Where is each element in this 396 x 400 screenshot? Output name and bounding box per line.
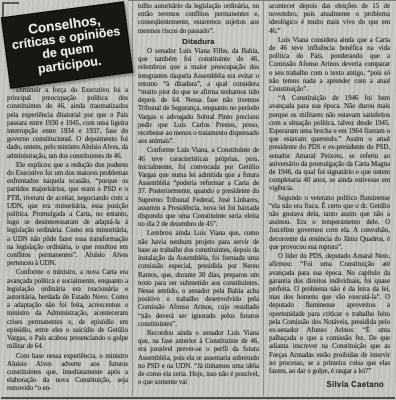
article-column-left-content: Diminuir a força do Executivo foi a prin…	[7, 87, 128, 394]
article-column-middle: tulho autoritário da legislação ordinári…	[132, 1, 263, 396]
article-paragraph: Segundo o veterano político fluminense “…	[269, 195, 390, 252]
article-paragraph: “A Constituição de 1946 foi bem avançada…	[269, 95, 390, 193]
article-paragraph: Com base nessa experiência, o ministro A…	[7, 353, 128, 394]
article-continuation: tulho autoritário da legislação ordinári…	[138, 3, 259, 36]
article-paragraph: Lembrou ainda Luís Viana que, como não h…	[138, 230, 259, 328]
article-paragraph: Diminuir a força do Executivo foi a prin…	[7, 87, 128, 161]
article-paragraph: O líder do PDS, deputado Amaral Neto, af…	[269, 253, 390, 376]
article-paragraph: O senador Luís Viana Filho, da Bahia, qu…	[138, 48, 259, 146]
article-continuation: acontecer depois das eleições de 15 de n…	[269, 3, 390, 36]
newspaper-clipping: Conselhos, críticas e opiniões de quem p…	[0, 0, 396, 400]
article-paragraph: Ele explicou que a redução dos poderes d…	[7, 162, 128, 269]
article-paragraph: Luís Viana considera ainda que a Carta d…	[269, 37, 390, 94]
article-paragraph: Conforme Luís Viana, a Constituinte de 4…	[138, 147, 259, 229]
article-paragraph: Recordou ainda o senador Luís Viana que,…	[138, 330, 259, 387]
author-byline: Silvia Caetano	[269, 381, 390, 389]
section-subheading: Ditadura	[138, 38, 259, 46]
article-paragraph: Conforme o ministro, a nova Carta era av…	[7, 269, 128, 351]
bottom-rule	[1, 397, 395, 399]
article-column-right: acontecer depois das eleições de 15 de n…	[263, 1, 394, 396]
